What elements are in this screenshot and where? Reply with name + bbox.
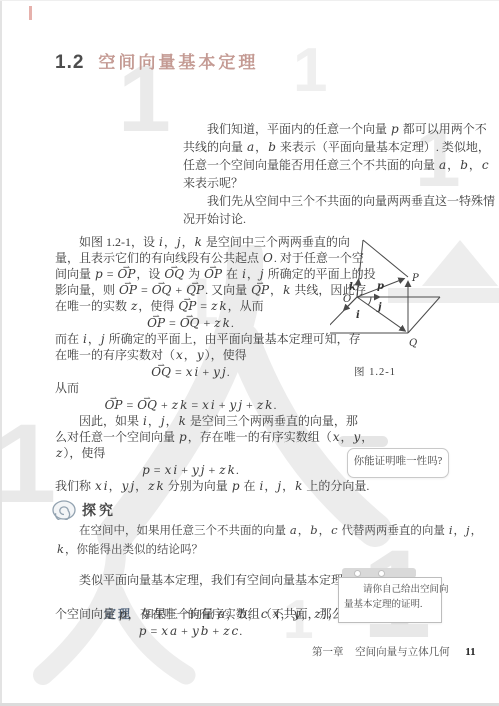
page-footer: 第一章 空间向量与立体几何 11 bbox=[312, 644, 476, 659]
notepad-hole-icon bbox=[354, 570, 361, 577]
figure-caption: 图 1.2-1 bbox=[354, 364, 396, 379]
text-line: z），使得 bbox=[55, 445, 357, 461]
text-line: 来表示呢？ bbox=[183, 174, 495, 192]
formula-line: OP = OQ + zk = xi + yj + zk. bbox=[55, 396, 325, 413]
text-line: 我们称 xi，yj，zk 分别为向量 p 在 i，j，k 上的分向量. bbox=[55, 478, 357, 494]
figure-label-Q: Q bbox=[409, 338, 417, 349]
figure-label-k: k bbox=[349, 282, 356, 293]
text-line: 么对任意一个空间向量 p，存在唯一的有序实数组（x，y， bbox=[55, 429, 357, 445]
text-line: 请你自己给出空间向 bbox=[344, 583, 436, 598]
page-content: 1.2 空间向量基本定理 我们知道，平面内的任意一个向量 p 都可以用两个不 共… bbox=[0, 0, 499, 706]
text-line: 量基本定理的证明. bbox=[344, 598, 436, 613]
formula-line: p = xi + yj + zk. bbox=[55, 461, 325, 478]
margin-note-question: 你能证明唯一性吗? bbox=[347, 448, 449, 478]
figure-1-2-1: O P Q k i j p 图 1.2-1 bbox=[330, 232, 480, 357]
footer-page-number: 11 bbox=[465, 646, 475, 658]
explore-icon bbox=[52, 500, 76, 520]
explore-title: 探究 bbox=[82, 500, 116, 520]
text-line: 影向量，则 OP = OQ + QP. 又向量 QP，k 共线，因此存 bbox=[55, 282, 357, 298]
footer-chapter: 第一章 bbox=[312, 647, 344, 658]
formula-line: OP = OQ + zk. bbox=[55, 314, 325, 331]
text-line: 如图 1.2-1，设 i，j，k 是空间中三个两两垂直的向 bbox=[55, 234, 357, 250]
margin-note-task: 请你自己给出空间向 量基本定理的证明. bbox=[338, 577, 442, 623]
text-line: 间向量 p = OP，设 OQ 为 OP 在 i，j 所确定的平面上的投 bbox=[55, 266, 357, 282]
text-line: 从而 bbox=[55, 380, 357, 396]
footer-book-title: 空间向量与立体几何 bbox=[355, 647, 450, 658]
text-line: 我们知道，平面内的任意一个向量 p 都可以用两个不 bbox=[183, 120, 495, 138]
text-line: k，你能得出类似的结论吗？ bbox=[56, 540, 482, 559]
text-line: 共线的向量 a，b 来表示（平面向量基本定理）. 类似地， bbox=[183, 138, 495, 156]
text-line: 因此，如果 i，j，k 是空间三个两两垂直的向量，那 bbox=[55, 413, 357, 429]
text-line: 我们先从空间中三个不共面的向量两两垂直这一特殊情 bbox=[183, 192, 495, 210]
section-number: 1.2 bbox=[55, 52, 84, 74]
intro-paragraphs: 我们知道，平面内的任意一个向量 p 都可以用两个不 共线的向量 a，b 来表示（… bbox=[183, 120, 495, 228]
text-line: 在空间中，如果用任意三个不共面的向量 a，b，c 代替两两垂直的向量 i，j， bbox=[56, 521, 482, 540]
text-line: 况开始讨论. bbox=[183, 210, 495, 228]
text-line: 量，且表示它们的有向线段有公共起点 O. 对于任意一个空 bbox=[55, 250, 357, 266]
page-edge-left bbox=[0, 0, 2, 706]
main-text-column: 如图 1.2-1，设 i，j，k 是空间中三个两两垂直的向 量，且表示它们的有向… bbox=[55, 234, 357, 494]
section-title: 空间向量基本定理 bbox=[98, 48, 258, 73]
explore-paragraph: 在空间中，如果用任意三个不共面的向量 a，b，c 代替两两垂直的向量 i，j， … bbox=[56, 521, 482, 559]
text-line: 任意一个空间向量能否用任意三个不共面的向量 a，b，c bbox=[183, 156, 495, 174]
page-edge-top bbox=[0, 0, 499, 1]
figure-diagram: O P Q k i j p bbox=[330, 232, 465, 357]
formula-line: OQ = xi + yj. bbox=[55, 363, 325, 380]
text-line: 在唯一的有序实数对（x，y），使得 bbox=[55, 347, 357, 363]
notepad-hole-icon bbox=[378, 570, 385, 577]
figure-label-i: i bbox=[356, 310, 360, 321]
margin-mark bbox=[29, 6, 32, 20]
text-line: 而在 i，j 所确定的平面上，由平面向量基本定理可知，存 bbox=[55, 331, 357, 347]
section-header: 1.2 空间向量基本定理 bbox=[55, 48, 258, 74]
textbook-page: 1 1 1 1 1 1 1 1.2 空间向量基本定理 我们知道，平面内的任意一个… bbox=[0, 0, 499, 706]
figure-label-P: P bbox=[411, 273, 419, 284]
figure-label-p: p bbox=[377, 281, 384, 292]
text-line: 在唯一的实数 z，使得 QP = zk，从而 bbox=[55, 298, 357, 314]
figure-label-O: O bbox=[343, 294, 351, 305]
